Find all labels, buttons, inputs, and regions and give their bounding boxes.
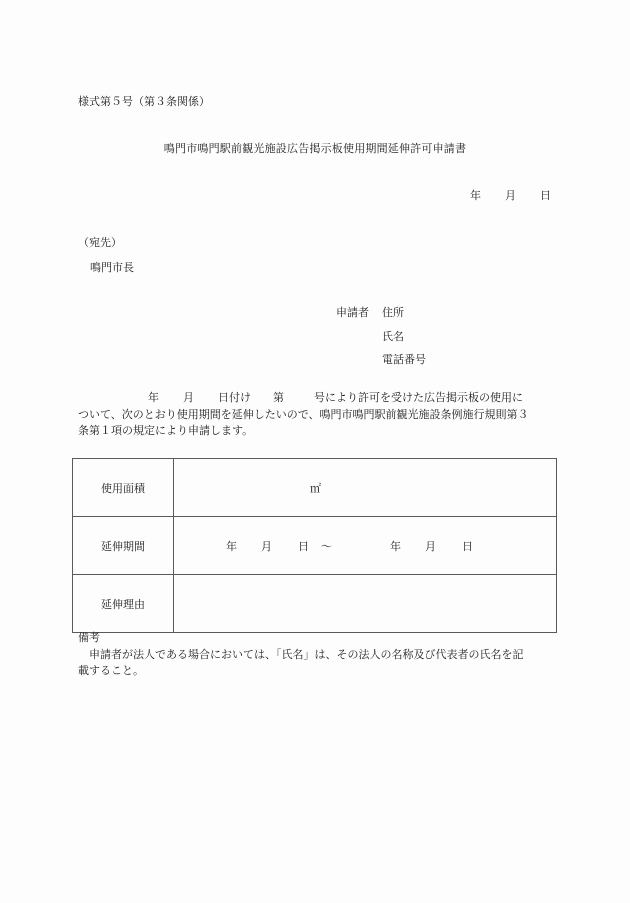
date-month: 月 bbox=[505, 189, 516, 203]
form-number: 様式第５号（第３条関係） bbox=[78, 95, 210, 109]
remarks-title: 備考 bbox=[78, 631, 100, 645]
statement-line-1: 年月日付け第号により許可を受けた広告掲示板の使用に bbox=[78, 390, 558, 407]
reason-label: 延伸理由 bbox=[73, 575, 174, 633]
start-year: 年 bbox=[226, 538, 237, 554]
period-label: 延伸期間 bbox=[73, 517, 174, 575]
applicant-label: 申請者 bbox=[336, 306, 369, 320]
area-unit: ㎡ bbox=[310, 480, 321, 496]
area-label: 使用面積 bbox=[73, 459, 174, 517]
table-row-period: 延伸期間 年月日～年月日 bbox=[73, 517, 557, 575]
start-month: 月 bbox=[261, 538, 272, 554]
application-date: 年月日 bbox=[470, 189, 551, 203]
statement-line-2: ついて、次のとおり使用期間を延伸したいので、鳴門市鳴門駅前観光施設条例施行規則第… bbox=[78, 407, 558, 424]
applicant-name-label: 氏名 bbox=[382, 330, 404, 344]
remarks-line-2: 載すること。 bbox=[78, 663, 558, 679]
date-day: 日 bbox=[540, 189, 551, 203]
application-statement: 年月日付け第号により許可を受けた広告掲示板の使用に ついて、次のとおり使用期間を… bbox=[78, 390, 558, 440]
permit-number-suffix: 号により許可を受けた広告掲示板の使用に bbox=[314, 390, 523, 407]
reason-field[interactable] bbox=[174, 575, 557, 633]
period-separator: ～ bbox=[321, 538, 332, 554]
end-day: 日 bbox=[462, 538, 473, 554]
start-day: 日 bbox=[298, 538, 309, 554]
applicant-phone-label: 電話番号 bbox=[382, 353, 426, 367]
statement-line-3: 条第１項の規定により申請します。 bbox=[78, 423, 558, 440]
addressee-label: （宛先） bbox=[78, 236, 122, 250]
area-field[interactable]: ㎡ bbox=[174, 459, 557, 517]
period-field[interactable]: 年月日～年月日 bbox=[174, 517, 557, 575]
end-month: 月 bbox=[425, 538, 436, 554]
permit-day: 日付け bbox=[218, 390, 251, 407]
permit-number-prefix: 第 bbox=[273, 390, 284, 407]
end-year: 年 bbox=[390, 538, 401, 554]
date-year: 年 bbox=[470, 189, 481, 203]
application-table: 使用面積 ㎡ 延伸期間 年月日～年月日 延伸理由 bbox=[72, 458, 557, 633]
permit-month: 月 bbox=[183, 390, 194, 407]
addressee-name: 鳴門市長 bbox=[90, 261, 134, 275]
applicant-address-label: 住所 bbox=[382, 306, 404, 320]
table-row-area: 使用面積 ㎡ bbox=[73, 459, 557, 517]
remarks-text: 申請者が法人である場合においては、「氏名」は、その法人の名称及び代表者の氏名を記… bbox=[78, 647, 558, 679]
document-title: 鳴門市鳴門駅前観光施設広告掲示板使用期間延伸許可申請書 bbox=[0, 142, 630, 156]
table-row-reason: 延伸理由 bbox=[73, 575, 557, 633]
remarks-line-1: 申請者が法人である場合においては、「氏名」は、その法人の名称及び代表者の氏名を記 bbox=[78, 647, 558, 663]
permit-year: 年 bbox=[148, 390, 159, 407]
period-range: 年月日～年月日 bbox=[226, 538, 473, 554]
